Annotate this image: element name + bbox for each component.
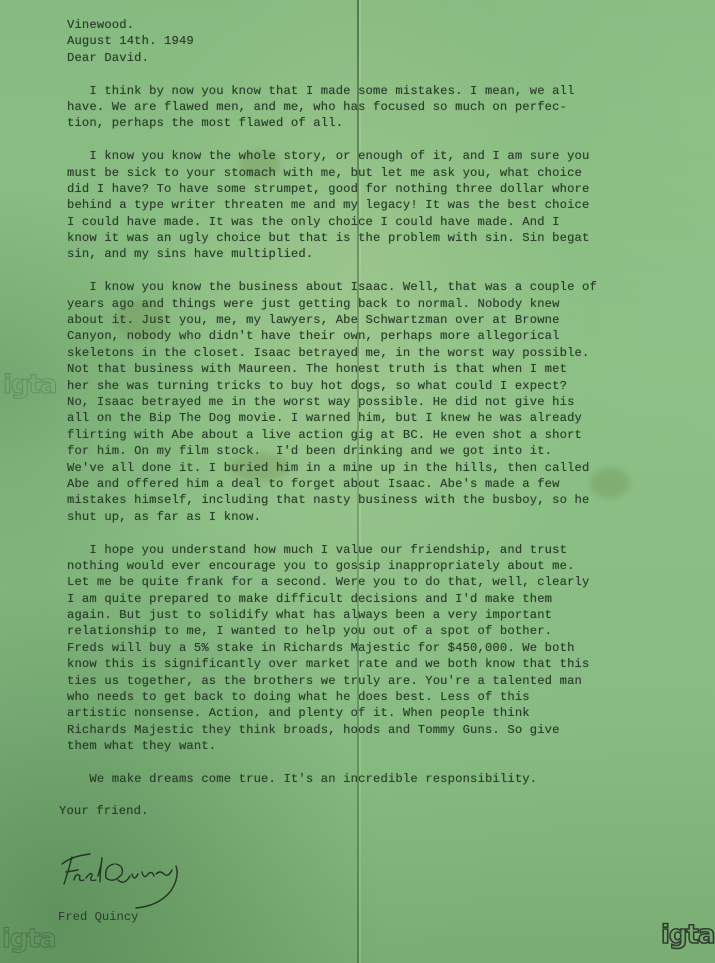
letter-paragraph: We make dreams come true. It's an incred…	[67, 771, 667, 787]
letter-line: Richards Majestic they think broads, hoo…	[67, 722, 667, 738]
letter-salutation: Dear David.	[67, 50, 667, 66]
letter-line: again. But just to solidify what has alw…	[67, 607, 667, 623]
letter-line: I could have made. It was the only choic…	[67, 214, 667, 230]
letter-line: I think by now you know that I made some…	[67, 83, 667, 99]
letter-line: We've all done it. I buried him in a min…	[67, 460, 667, 476]
igta-watermark: igta	[3, 370, 57, 400]
letter-body: Vinewood. August 14th. 1949 Dear David. …	[67, 17, 667, 820]
letter-line: skeletons in the closet. Isaac betrayed …	[67, 345, 667, 361]
igta-watermark: igta	[661, 920, 715, 950]
letter-line: I hope you understand how much I value o…	[67, 542, 667, 558]
letter-line: who needs to get back to doing what he d…	[67, 689, 667, 705]
letter-line: mistakes himself, including that nasty b…	[67, 492, 667, 508]
letter-place: Vinewood.	[67, 17, 667, 33]
letter-line: I know you know the whole story, or enou…	[67, 148, 667, 164]
letter-paragraph: I hope you understand how much I value o…	[67, 542, 667, 755]
letter-line: relationship to me, I wanted to help you…	[67, 623, 667, 639]
letter-line: sin, and my sins have multiplied.	[67, 246, 667, 262]
typed-signature-name: Fred Quincy	[58, 910, 138, 924]
handwritten-signature	[58, 852, 188, 912]
letter-line: them what they want.	[67, 738, 667, 754]
letter-line: know it was an ugly choice but that is t…	[67, 230, 667, 246]
letter-line: I know you know the business about Isaac…	[67, 279, 667, 295]
letter-line: Abe and offered him a deal to forget abo…	[67, 476, 667, 492]
letter-line: years ago and things were just getting b…	[67, 296, 667, 312]
letter-line: tion, perhaps the most flawed of all.	[67, 115, 667, 131]
letter-line: No, Isaac betrayed me in the worst way p…	[67, 394, 667, 410]
letter-line: must be sick to your stomach with me, bu…	[67, 165, 667, 181]
letter-date: August 14th. 1949	[67, 33, 667, 49]
letter-line: Freds will buy a 5% stake in Richards Ma…	[67, 640, 667, 656]
letter-closing: Your friend.	[59, 803, 667, 819]
letter-paragraph: I know you know the whole story, or enou…	[67, 148, 667, 263]
letter-paragraphs: I think by now you know that I made some…	[67, 83, 667, 788]
letter-line: Not that business with Maureen. The hone…	[67, 361, 667, 377]
letter-line: artistic nonsense. Action, and plenty of…	[67, 705, 667, 721]
letter-line: have. We are flawed men, and me, who has…	[67, 99, 667, 115]
igta-watermark: igta	[2, 924, 56, 954]
letter-paragraph: I think by now you know that I made some…	[67, 83, 667, 132]
letter-line: her she was turning tricks to buy hot do…	[67, 378, 667, 394]
letter-line: about it. Just you, me, my lawyers, Abe …	[67, 312, 667, 328]
letter-line: We make dreams come true. It's an incred…	[67, 771, 667, 787]
letter-line: Let me be quite frank for a second. Were…	[67, 574, 667, 590]
letter-line: know this is significantly over market r…	[67, 656, 667, 672]
letter-line: I am quite prepared to make difficult de…	[67, 591, 667, 607]
letter-line: behind a type writer threaten me and my …	[67, 197, 667, 213]
letter-line: for him. On my film stock. I'd been drin…	[67, 443, 667, 459]
letter-line: nothing would ever encourage you to goss…	[67, 558, 667, 574]
letter-line: Canyon, nobody who didn't have their own…	[67, 328, 667, 344]
letter-paragraph: I know you know the business about Isaac…	[67, 279, 667, 525]
letter-line: flirting with Abe about a live action gi…	[67, 427, 667, 443]
letter-line: ties us together, as the brothers we tru…	[67, 673, 667, 689]
letter-line: did I have? To have some strumpet, good …	[67, 181, 667, 197]
letter-line: shut up, as far as I know.	[67, 509, 667, 525]
letter-line: all on the Bip The Dog movie. I warned h…	[67, 410, 667, 426]
